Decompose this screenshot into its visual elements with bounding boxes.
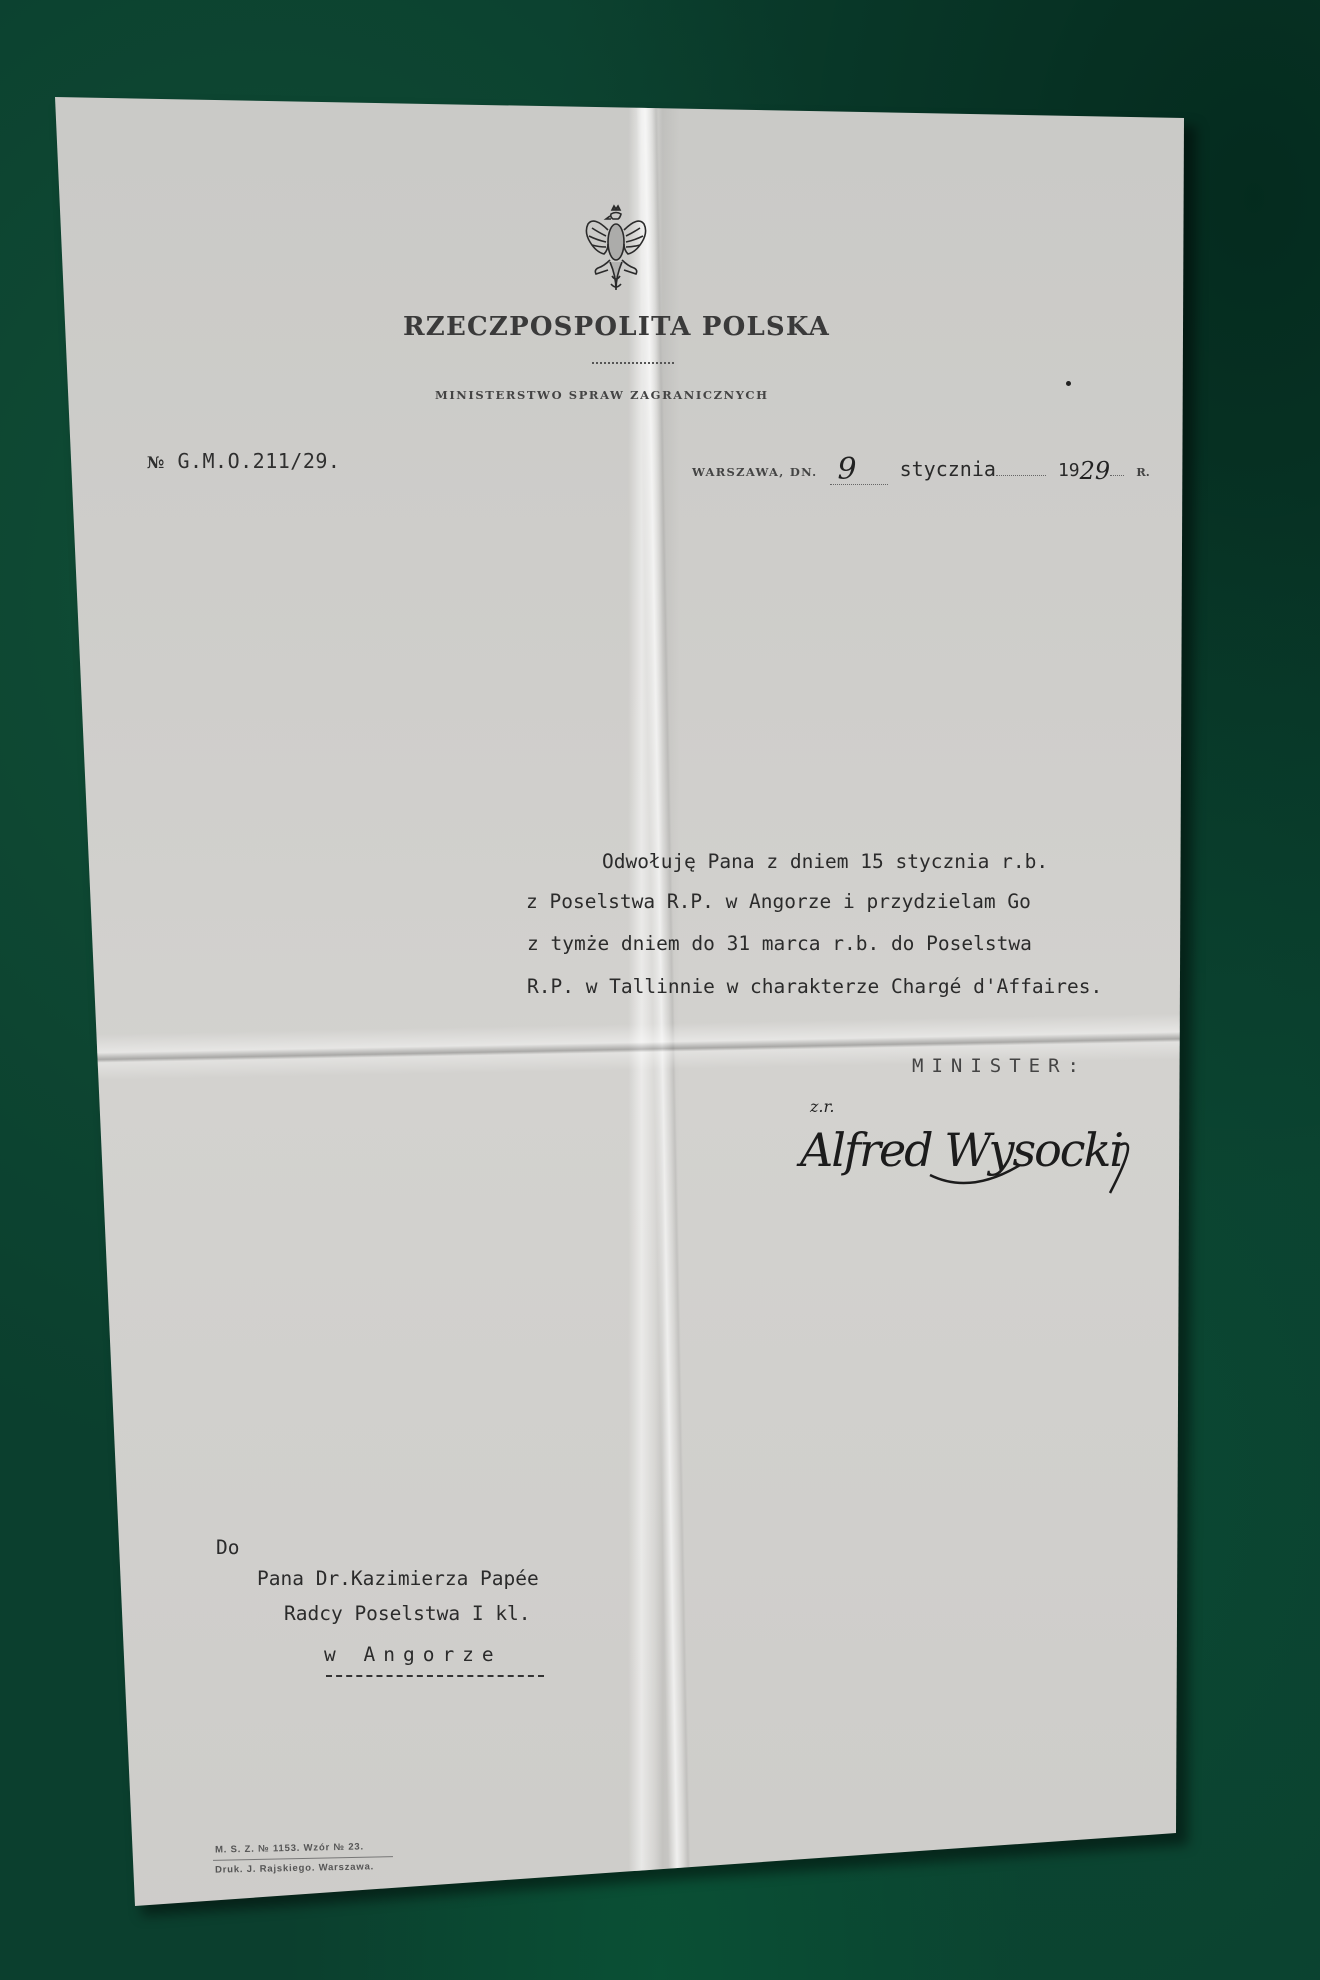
document-content: RZECZPOSPOLITA POLSKA MINISTERSTWO SPRAW… xyxy=(0,0,1320,1980)
recipient-name: Pana Dr.Kazimierza Papée xyxy=(257,1567,539,1590)
polish-eagle-icon xyxy=(584,204,648,316)
dotted-leader xyxy=(996,475,1046,476)
handwritten-day: 9 xyxy=(838,452,857,487)
number-sign: № xyxy=(147,453,165,472)
body-line: R.P. w Tallinnie w charakterze Chargé d'… xyxy=(527,977,1102,997)
dotted-leader xyxy=(1110,475,1124,476)
body-line: z tymże dniem do 31 marca r.b. do Posels… xyxy=(527,934,1032,954)
body-line: Odwołuję Pana z dniem 15 stycznia r.b. xyxy=(602,852,1048,872)
printer-imprint: Druk. J. Rajskiego. Warszawa. xyxy=(215,1861,374,1875)
reference-number: № G.M.O.211/29. xyxy=(147,449,340,473)
signature-flourish-icon xyxy=(800,1105,1160,1195)
ministry-name: MINISTERSTWO SPRAW ZAGRANICZNYCH xyxy=(435,388,769,402)
body-line: z Poselstwa R.P. w Angorze i przydzielam… xyxy=(526,892,1031,912)
handwritten-signature: z.r. Alfred Wysocki xyxy=(800,1105,1160,1195)
recipient-underline xyxy=(326,1675,544,1677)
date-line: WARSZAWA, DN. 9 stycznia 1929 R. xyxy=(692,449,1150,485)
letterhead-divider xyxy=(592,362,674,364)
form-number: M. S. Z. № 1153. Wzór № 23. xyxy=(215,1841,364,1855)
recipient-title: Radcy Poselstwa I kl. xyxy=(284,1602,531,1625)
handwritten-year: 29 xyxy=(1080,457,1111,485)
recipient-to-label: Do xyxy=(216,1536,239,1559)
reference-code: G.M.O.211/29. xyxy=(177,449,340,473)
day-field: 9 xyxy=(830,449,888,485)
date-suffix: R. xyxy=(1136,465,1150,479)
recipient-location: w Angorze xyxy=(324,1643,502,1666)
date-city-prefix: WARSZAWA, DN. xyxy=(692,465,817,479)
footer-divider xyxy=(213,1856,393,1861)
minister-label: MINISTER: xyxy=(912,1055,1087,1077)
ink-speck xyxy=(1066,381,1071,386)
date-year-prefix: 19 xyxy=(1058,460,1080,481)
date-month: stycznia xyxy=(900,457,996,481)
letterhead-title: RZECZPOSPOLITA POLSKA xyxy=(403,312,830,342)
